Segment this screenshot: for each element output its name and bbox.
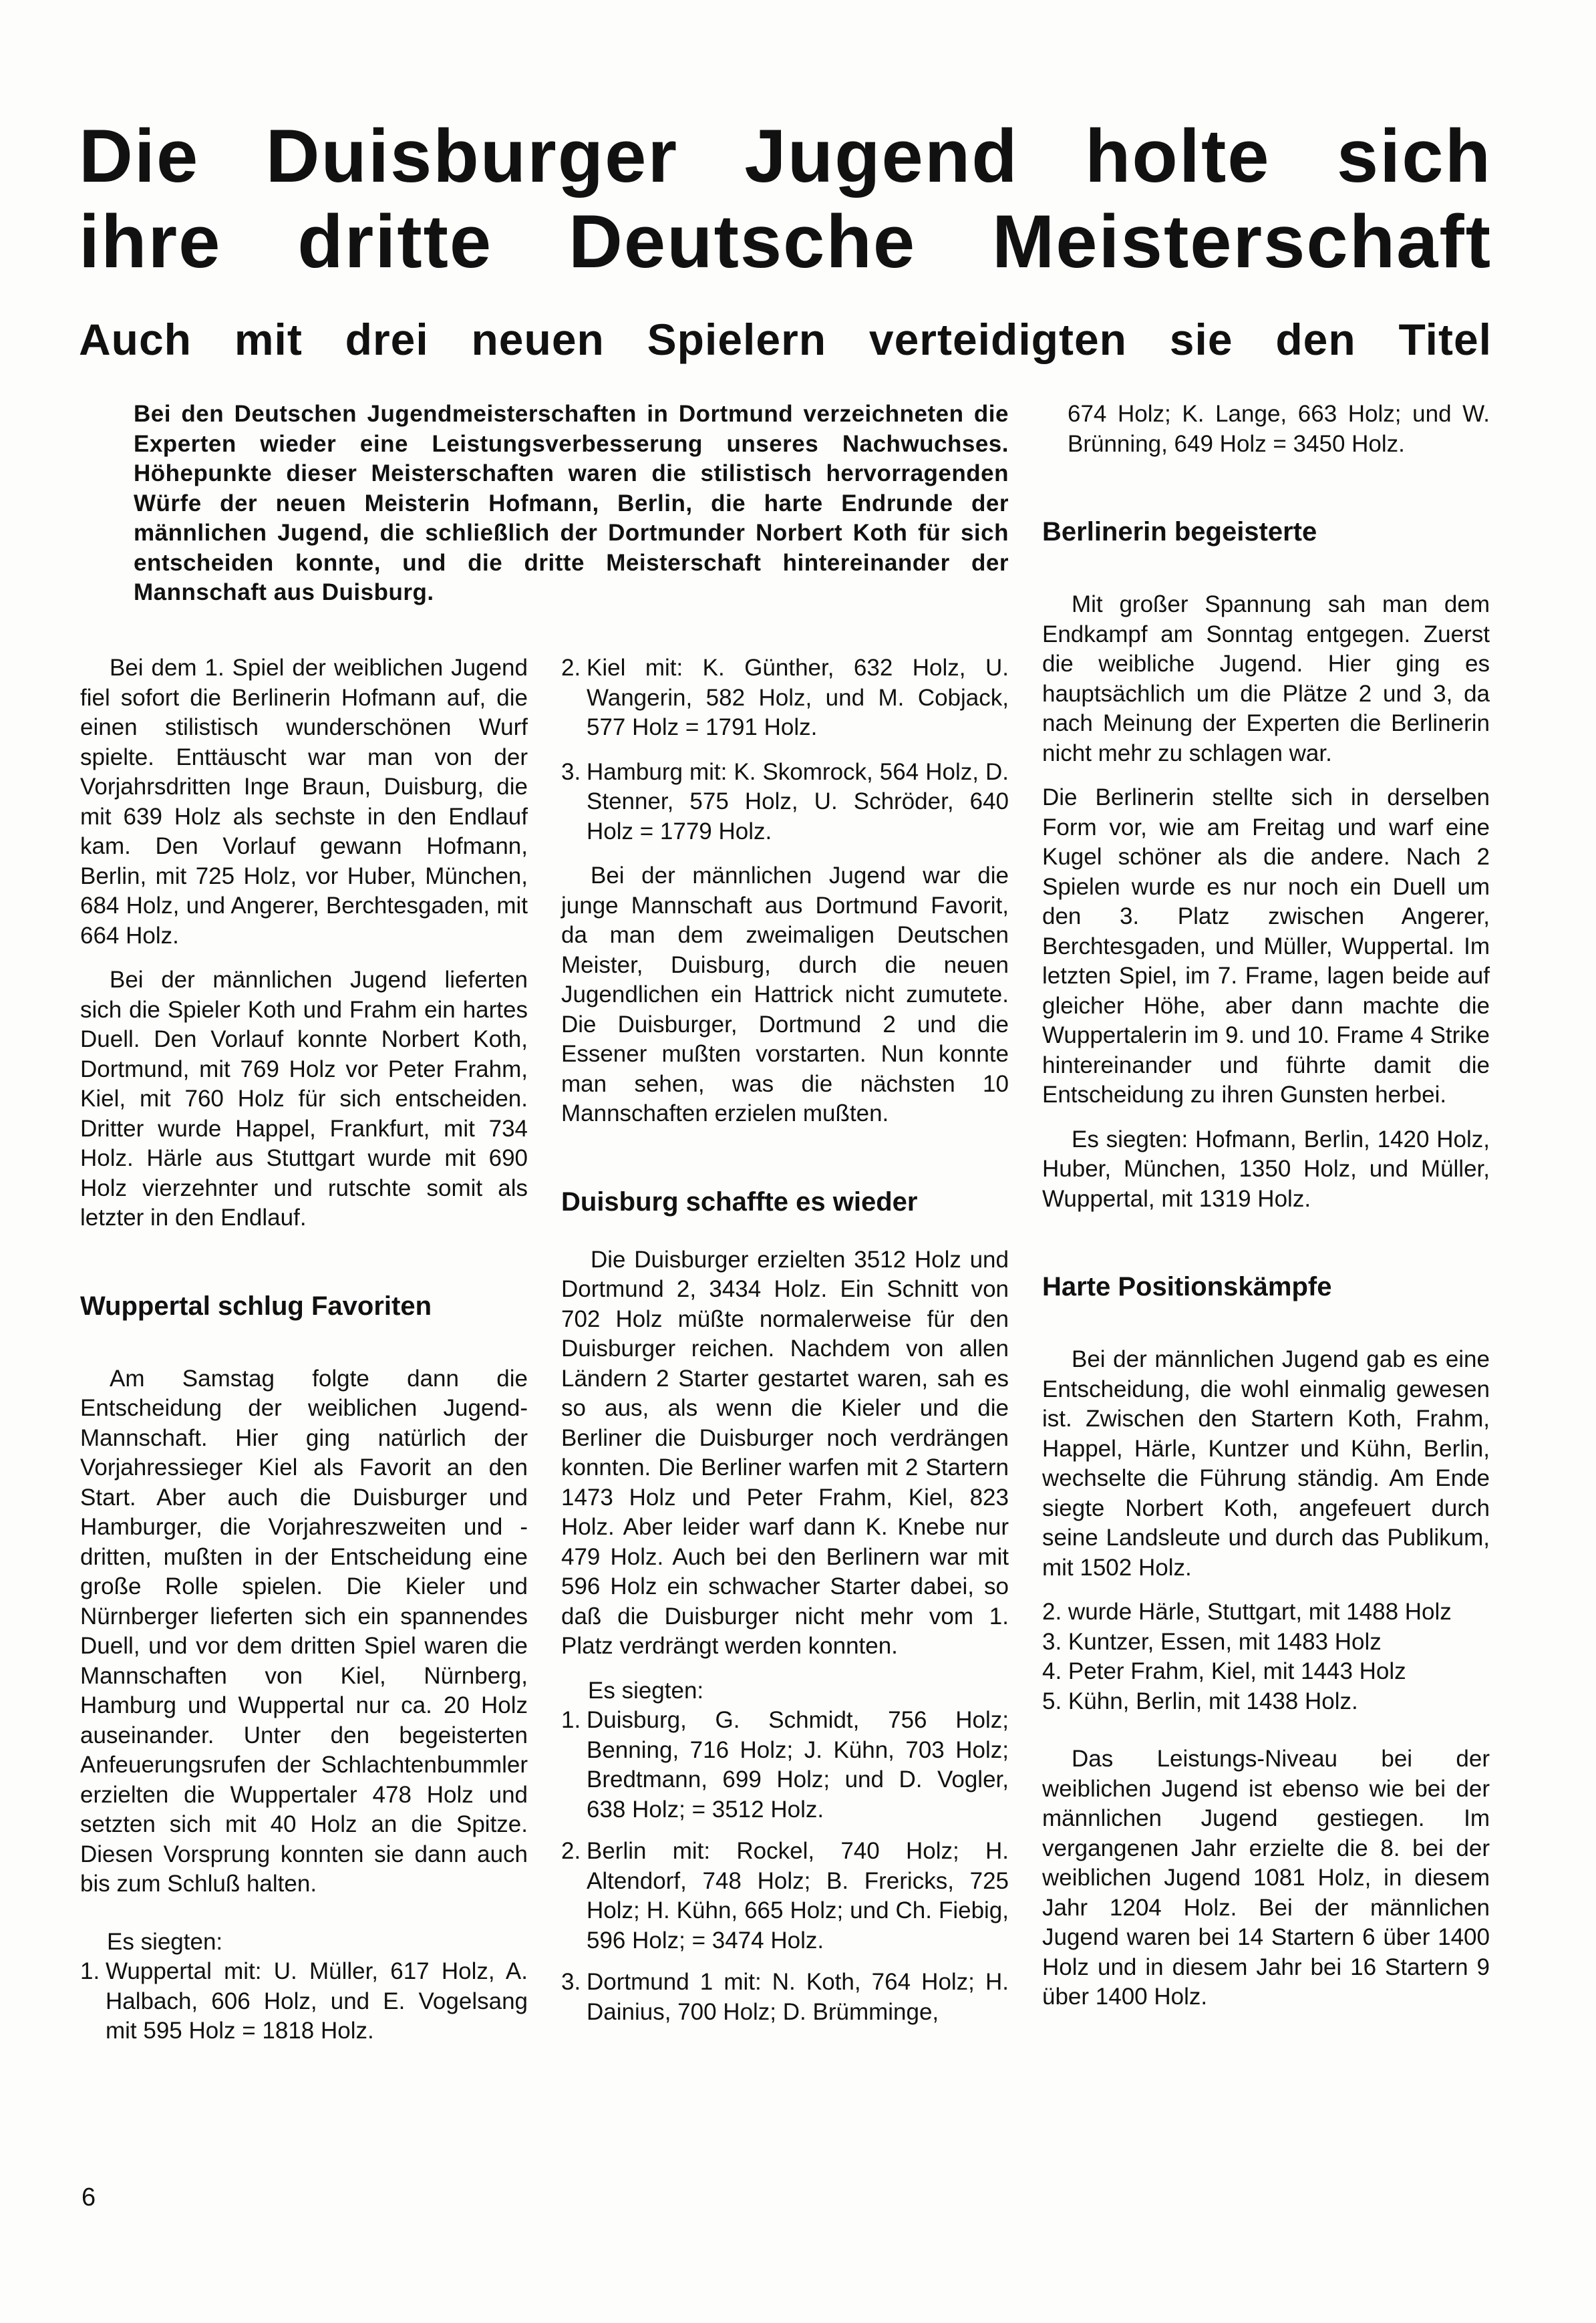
- result-rank: 2.: [561, 1837, 587, 1956]
- ranking-item: 2. wurde Härle, Stuttgart, mit 1488 Holz: [1042, 1597, 1490, 1628]
- column-3: 674 Holz; K. Lange, 663 Holz; und W. Brü…: [1042, 400, 1490, 2027]
- article-title: Die Duisburger Jugend holte sich ihre dr…: [79, 114, 1492, 285]
- paragraph: Mit großer Spannung sah man dem Endkampf…: [1042, 590, 1490, 768]
- result-rank: 3.: [561, 758, 587, 847]
- ranking-item: 4. Peter Frahm, Kiel, mit 1443 Holz: [1042, 1657, 1490, 1687]
- results-list: 1. Wuppertal mit: U. Müller, 617 Holz, A…: [80, 1957, 528, 2046]
- section-heading-positionskaempfe: Harte Positionskämpfe: [1042, 1270, 1490, 1303]
- result-rank: 2.: [561, 653, 587, 743]
- page-number: 6: [82, 2183, 96, 2212]
- result-text: Wuppertal mit: U. Müller, 617 Holz, A. H…: [106, 1957, 528, 2046]
- result-item: 3. Hamburg mit: K. Skomrock, 564 Holz, D…: [561, 758, 1009, 847]
- paragraph: Bei der männlichen Jugend war die junge …: [561, 861, 1009, 1129]
- paragraph: Es siegten: Hofmann, Berlin, 1420 Holz, …: [1042, 1125, 1490, 1215]
- intro-paragraph: Bei den Deutschen Jugendmeisterschaften …: [134, 400, 1009, 608]
- section-heading-duisburg: Duisburg schaffte es wieder: [561, 1185, 1009, 1219]
- result-rank: 3.: [561, 1968, 587, 2027]
- section-heading-wuppertal: Wuppertal schlug Favoriten: [80, 1289, 528, 1323]
- winners-label: Es siegten:: [80, 1927, 528, 1958]
- ranking-item: 5. Kühn, Berlin, mit 1438 Holz.: [1042, 1687, 1490, 1717]
- result-text: Hamburg mit: K. Skomrock, 564 Holz, D. S…: [587, 758, 1009, 847]
- column-2: 2. Kiel mit: K. Günther, 632 Holz, U. Wa…: [561, 653, 1009, 2042]
- result-item: 1. Duisburg, G. Schmidt, 756 Holz; Benni…: [561, 1706, 1009, 1825]
- section-heading-berlinerin: Berlinerin begeisterte: [1042, 515, 1490, 549]
- ranking-item: 3. Kuntzer, Essen, mit 1483 Holz: [1042, 1628, 1490, 1658]
- paragraph: Bei dem 1. Spiel der weiblichen Jugend f…: [80, 653, 528, 951]
- paragraph: Am Samstag folgte dann die Entscheidung …: [80, 1364, 528, 1899]
- result-text: Kiel mit: K. Günther, 632 Holz, U. Wange…: [587, 653, 1009, 743]
- result-rank: 1.: [80, 1957, 106, 2046]
- column-1: Bei dem 1. Spiel der weiblichen Jugend f…: [80, 653, 528, 2061]
- paragraph: Die Duisburger erzielten 3512 Holz und D…: [561, 1245, 1009, 1662]
- paragraph: Bei der männlichen Jugend gab es eine En…: [1042, 1345, 1490, 1583]
- result-item: 3. Dortmund 1 mit: N. Koth, 764 Holz; H.…: [561, 1968, 1009, 2027]
- title-line-1: Die Duisburger Jugend holte sich: [79, 114, 1492, 199]
- paragraph: Die Berlinerin stellte sich in derselben…: [1042, 783, 1490, 1110]
- result-item: 2. Berlin mit: Rockel, 740 Holz; H. Alte…: [561, 1837, 1009, 1956]
- result-text: Duisburg, G. Schmidt, 756 Holz; Benning,…: [587, 1706, 1009, 1825]
- result-text: Dortmund 1 mit: N. Koth, 764 Holz; H. Da…: [587, 1968, 1009, 2027]
- article-subtitle: Auch mit drei neuen Spielern verteidigte…: [79, 313, 1492, 366]
- ranking-list: 2. wurde Härle, Stuttgart, mit 1488 Holz…: [1042, 1597, 1490, 1716]
- title-line-2: ihre dritte Deutsche Meisterschaft: [79, 199, 1492, 285]
- result-item: 1. Wuppertal mit: U. Müller, 617 Holz, A…: [80, 1957, 528, 2046]
- paragraph: Bei der männlichen Jugend lieferten sich…: [80, 965, 528, 1233]
- paragraph: Das Leistungs-Niveau bei der weiblichen …: [1042, 1744, 1490, 2012]
- results-list: 2. Kiel mit: K. Günther, 632 Holz, U. Wa…: [561, 653, 1009, 846]
- continuation-text: 674 Holz; K. Lange, 663 Holz; und W. Brü…: [1042, 400, 1490, 459]
- winners-label: Es siegten:: [561, 1676, 1009, 1706]
- team-results-list: 1. Duisburg, G. Schmidt, 756 Holz; Benni…: [561, 1706, 1009, 2027]
- result-text: Berlin mit: Rockel, 740 Holz; H. Altendo…: [587, 1837, 1009, 1956]
- result-rank: 1.: [561, 1706, 587, 1825]
- result-item: 2. Kiel mit: K. Günther, 632 Holz, U. Wa…: [561, 653, 1009, 743]
